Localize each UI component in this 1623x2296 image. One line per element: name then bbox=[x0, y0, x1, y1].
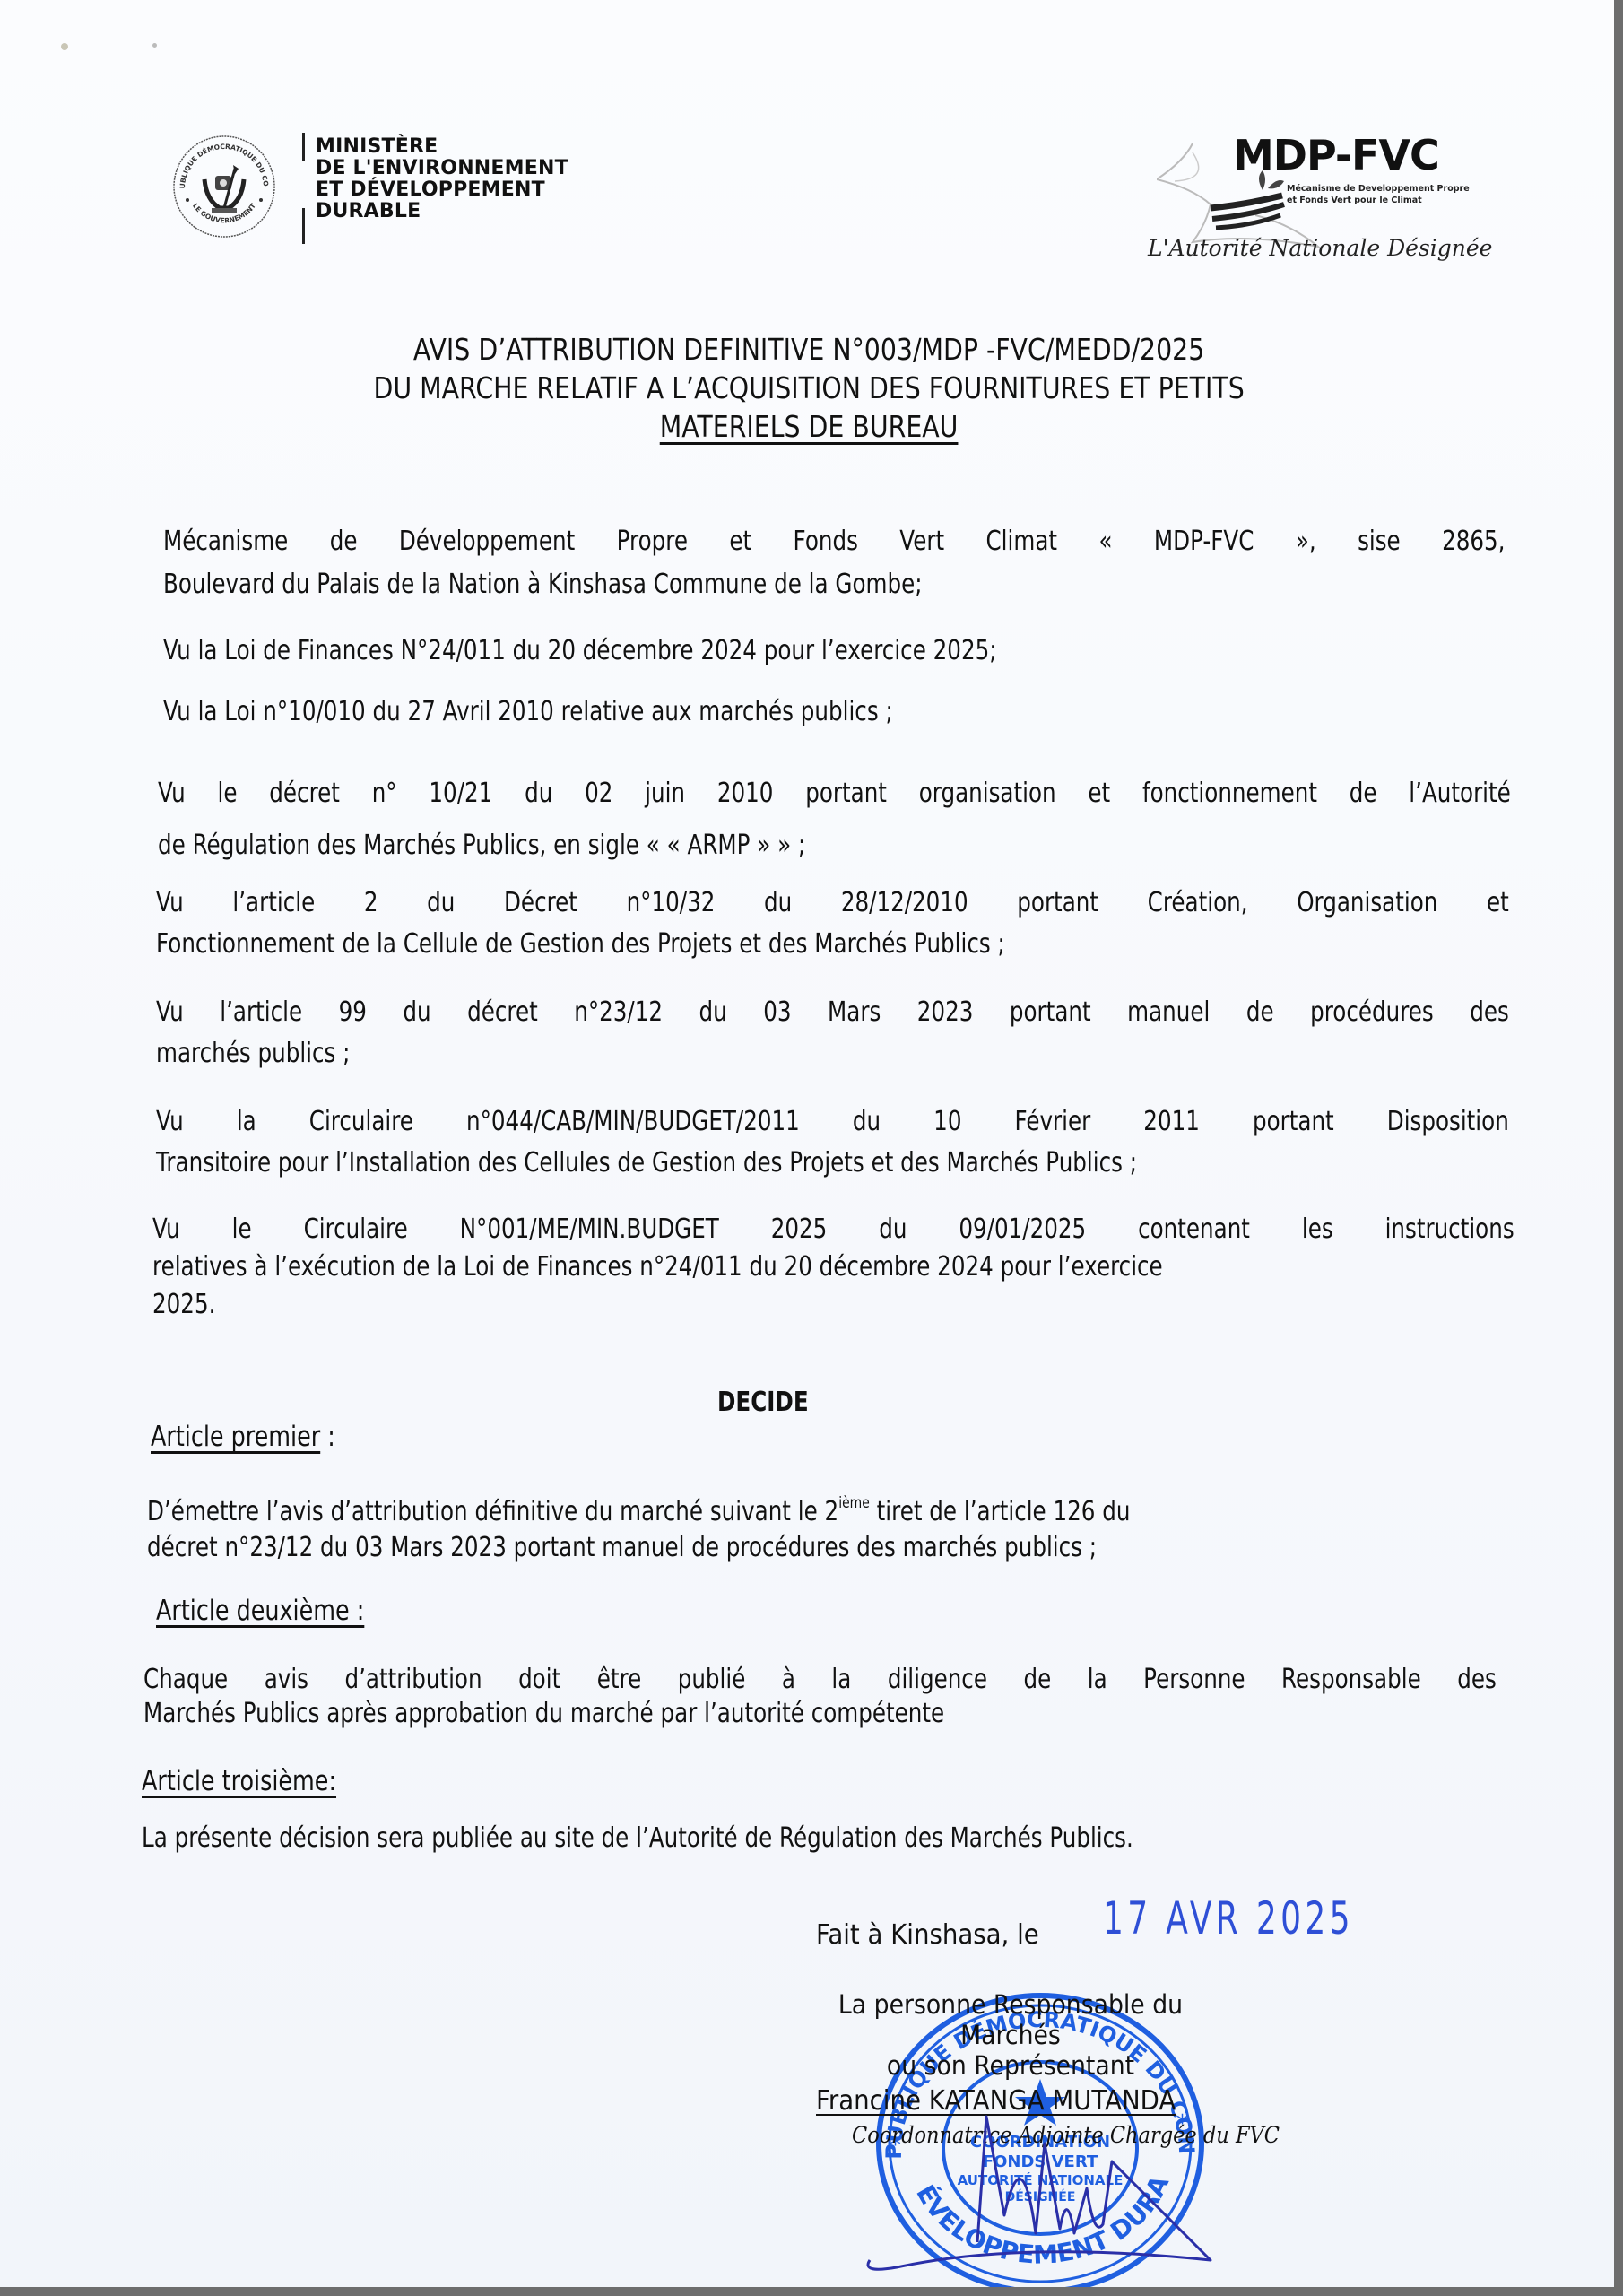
article-2-heading: Article deuxième : bbox=[156, 1595, 364, 1627]
article-2-body: Chaque avis d’attribution doit être publ… bbox=[143, 1663, 1497, 1731]
svg-text:DÉSIGNÉE: DÉSIGNÉE bbox=[1005, 2189, 1076, 2205]
preamble-paragraph: Mécanisme de Développement Propre et Fon… bbox=[163, 520, 1506, 606]
preamble-paragraph: Vu le Circulaire N°001/ME/MIN.BUDGET 202… bbox=[152, 1211, 1515, 1324]
preamble-paragraph: Vu le décret n° 10/21 du 02 juin 2010 po… bbox=[158, 768, 1511, 872]
header-divider bbox=[302, 208, 305, 244]
preamble-paragraph: Vu l’article 2 du Décret n°10/32 du 28/1… bbox=[156, 883, 1509, 965]
punch-hole bbox=[152, 43, 157, 48]
signatory-title: Coordonnatrice Adjointe Chargée du FVC bbox=[852, 2122, 1280, 2148]
date-stamp: 17 AVR 2025 bbox=[1103, 1892, 1354, 1944]
drc-coat-of-arms-icon: RÉPUBLIQUE DÉMOCRATIQUE DU CONGO LE GOUV… bbox=[170, 133, 278, 240]
ministry-name: MINISTÈRE DE L'ENVIRONNEMENT ET DÉVELOPP… bbox=[316, 136, 568, 222]
mdp-fvc-logo-title: MDP-FVC bbox=[1233, 131, 1439, 179]
article-1-body: D’émettre l’avis d’attribution définitiv… bbox=[147, 1494, 1130, 1566]
article-1-heading: Article premier : bbox=[151, 1421, 335, 1453]
document-title: AVIS D’ATTRIBUTION DEFINITIVE N°003/MDP … bbox=[115, 330, 1503, 446]
preamble-paragraph: Vu la Loi de Finances N°24/011 du 20 déc… bbox=[163, 635, 997, 666]
punch-hole bbox=[61, 43, 68, 50]
preamble-paragraph: Vu la Loi n°10/010 du 27 Avril 2010 rela… bbox=[163, 696, 893, 727]
place-of-signing: Fait à Kinshasa, le bbox=[816, 1919, 1039, 1951]
mdp-fvc-logo-subtitle: Mécanisme de Developpement Propre et Fon… bbox=[1287, 183, 1470, 206]
preamble-paragraph: Vu la Circulaire n°044/CAB/MIN/BUDGET/20… bbox=[156, 1101, 1509, 1184]
header-divider bbox=[302, 133, 305, 161]
scan-edge bbox=[0, 2287, 1623, 2296]
signatory-name: Francine KATANGA MUTANDA bbox=[816, 2085, 1176, 2117]
mdp-fvc-tagline: L'Autorité Nationale Désignée bbox=[1148, 235, 1492, 261]
signatory-role: La personne Responsable du Marchés ou so… bbox=[788, 1989, 1234, 2081]
article-3-heading: Article troisième: bbox=[142, 1765, 336, 1797]
svg-text:AUTORITÉ NATIONALE: AUTORITÉ NATIONALE bbox=[958, 2171, 1124, 2188]
document-page: RÉPUBLIQUE DÉMOCRATIQUE DU CONGO LE GOUV… bbox=[0, 0, 1614, 2287]
svg-text:FONDS VERT: FONDS VERT bbox=[983, 2152, 1098, 2171]
scan-edge bbox=[1614, 0, 1623, 2296]
preamble-paragraph: Vu l’article 99 du décret n°23/12 du 03 … bbox=[156, 992, 1509, 1074]
decide-heading: DECIDE bbox=[717, 1387, 809, 1418]
article-3-body: La présente décision sera publiée au sit… bbox=[142, 1822, 1133, 1854]
